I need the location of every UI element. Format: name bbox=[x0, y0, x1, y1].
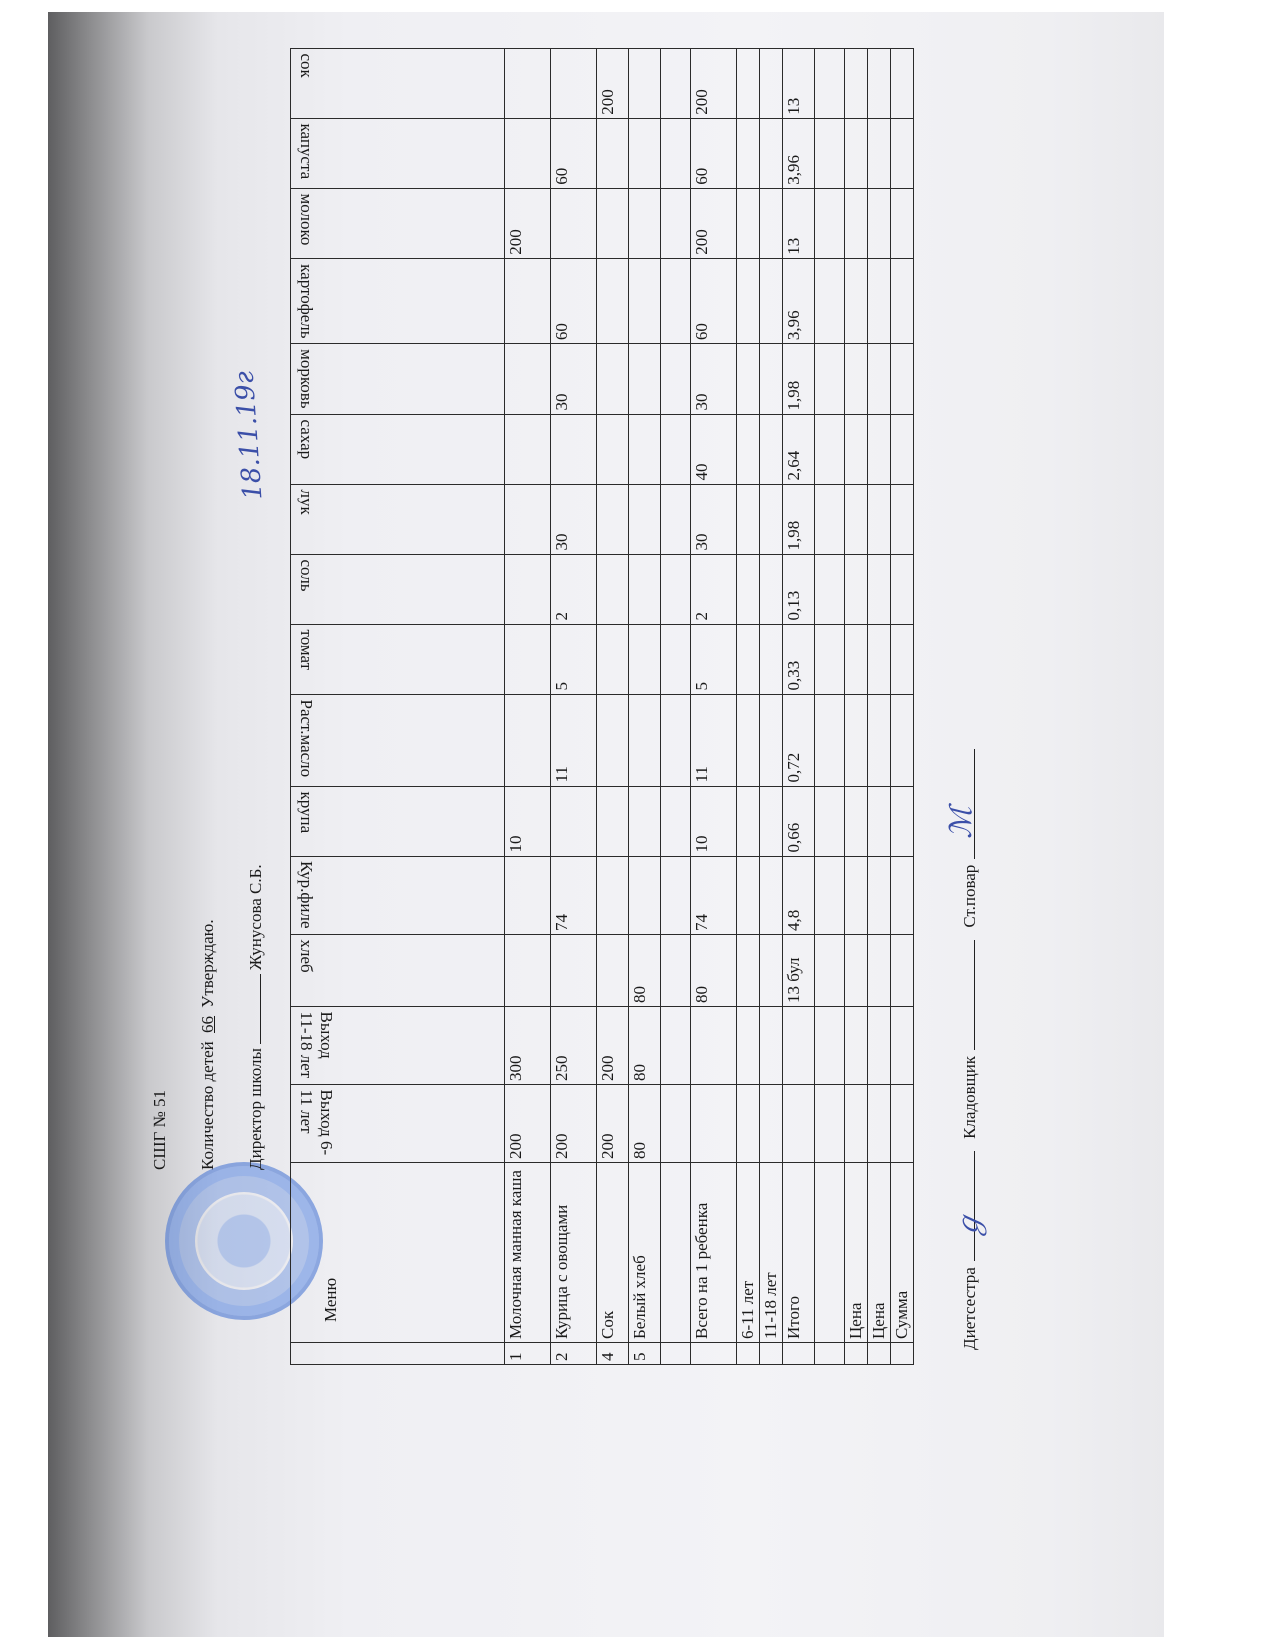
row-output-11-18 bbox=[760, 1007, 783, 1085]
row-number bbox=[760, 1343, 783, 1365]
row-ingredient-value bbox=[597, 344, 629, 414]
row-ingredient-value bbox=[629, 856, 661, 934]
row-ingredient-value bbox=[815, 344, 845, 414]
row-output-11-18 bbox=[845, 1007, 868, 1085]
row-ingredient-value bbox=[661, 258, 691, 343]
row-ingredient-value bbox=[868, 554, 891, 624]
row-number bbox=[661, 1343, 691, 1365]
row-ingredient-value bbox=[661, 856, 691, 934]
row-menu-item: Итого bbox=[783, 1163, 815, 1343]
row-output-11-18: 80 bbox=[629, 1007, 661, 1085]
row-ingredient-value: 2,64 bbox=[783, 414, 815, 484]
row-ingredient-value: 200 bbox=[505, 188, 551, 258]
row-ingredient-value bbox=[737, 856, 760, 934]
row-ingredient-value bbox=[505, 484, 551, 554]
row-ingredient-value bbox=[551, 935, 597, 1007]
row-output-6-11 bbox=[783, 1085, 815, 1163]
director-signature-line bbox=[260, 974, 261, 1044]
header-ingredient-label: крупа bbox=[292, 790, 320, 853]
row-ingredient-value bbox=[815, 554, 845, 624]
row-ingredient-value: 13 bbox=[783, 188, 815, 258]
header-ingredient-label: Раст.масло bbox=[292, 698, 320, 783]
row-output-11-18 bbox=[815, 1007, 845, 1085]
table-row: 4Сок200200200 bbox=[597, 48, 629, 1364]
row-ingredient-value bbox=[845, 48, 868, 118]
row-output-6-11: 80 bbox=[629, 1085, 661, 1163]
storekeeper-label: Кладовщик bbox=[960, 1056, 979, 1139]
row-ingredient-value bbox=[597, 414, 629, 484]
header-output-6-11: Выход 6-11 лет bbox=[291, 1085, 505, 1163]
row-ingredient-value bbox=[868, 48, 891, 118]
row-menu-item: 11-18 лет bbox=[760, 1163, 783, 1343]
row-ingredient-value bbox=[815, 484, 845, 554]
row-ingredient-value bbox=[845, 414, 868, 484]
header-ingredient: молоко bbox=[291, 188, 505, 258]
row-ingredient-value: 1,98 bbox=[783, 344, 815, 414]
row-number bbox=[783, 1343, 815, 1365]
row-ingredient-value bbox=[505, 258, 551, 343]
row-ingredient-value bbox=[760, 344, 783, 414]
row-ingredient-value bbox=[760, 188, 783, 258]
header-ingredient: соль bbox=[291, 554, 505, 624]
row-ingredient-value bbox=[551, 188, 597, 258]
row-output-6-11 bbox=[661, 1085, 691, 1163]
row-ingredient-value bbox=[891, 118, 914, 188]
row-ingredient-value bbox=[815, 694, 845, 786]
header-no bbox=[291, 1343, 505, 1365]
row-ingredient-value bbox=[629, 786, 661, 856]
table-row: 5Белый хлеб808080 bbox=[629, 48, 661, 1364]
row-ingredient-value bbox=[815, 188, 845, 258]
menu-table: Меню Выход 6-11 лет Выход 11-18 лет хлеб… bbox=[290, 48, 914, 1365]
row-output-6-11 bbox=[868, 1085, 891, 1163]
row-ingredient-value bbox=[505, 554, 551, 624]
row-ingredient-value bbox=[845, 484, 868, 554]
row-ingredient-value bbox=[629, 624, 661, 694]
row-ingredient-value bbox=[891, 786, 914, 856]
table-row: Цена bbox=[845, 48, 868, 1364]
row-menu-item: Сумма bbox=[891, 1163, 914, 1343]
row-ingredient-value bbox=[760, 414, 783, 484]
table-row: Итого13 бул4,80,660,720,330,131,982,641,… bbox=[783, 48, 815, 1364]
row-ingredient-value bbox=[868, 118, 891, 188]
row-ingredient-value bbox=[868, 484, 891, 554]
row-ingredient-value: 30 bbox=[551, 484, 597, 554]
row-ingredient-value bbox=[629, 188, 661, 258]
row-ingredient-value: 200 bbox=[597, 48, 629, 118]
row-ingredient-value bbox=[551, 48, 597, 118]
row-ingredient-value bbox=[597, 624, 629, 694]
row-output-11-18 bbox=[868, 1007, 891, 1085]
row-ingredient-value bbox=[505, 48, 551, 118]
row-ingredient-value bbox=[760, 484, 783, 554]
row-ingredient-value: 200 bbox=[691, 188, 737, 258]
row-ingredient-value: 60 bbox=[551, 118, 597, 188]
row-ingredient-value bbox=[815, 414, 845, 484]
row-ingredient-value: 11 bbox=[691, 694, 737, 786]
table-row bbox=[661, 48, 691, 1364]
row-ingredient-value bbox=[629, 344, 661, 414]
row-ingredient-value: 74 bbox=[551, 856, 597, 934]
row-ingredient-value bbox=[845, 624, 868, 694]
row-ingredient-value bbox=[661, 344, 691, 414]
row-ingredient-value bbox=[597, 484, 629, 554]
row-ingredient-value bbox=[760, 856, 783, 934]
header-ingredient: крупа bbox=[291, 786, 505, 856]
row-ingredient-value bbox=[845, 258, 868, 343]
header-ingredient: Раст.масло bbox=[291, 694, 505, 786]
row-output-6-11 bbox=[691, 1085, 737, 1163]
row-ingredient-value: 80 bbox=[629, 935, 661, 1007]
header-ingredient-label: сок bbox=[292, 52, 320, 115]
row-output-6-11: 200 bbox=[597, 1085, 629, 1163]
row-ingredient-value bbox=[760, 48, 783, 118]
row-ingredient-value bbox=[661, 624, 691, 694]
row-ingredient-value: 30 bbox=[691, 484, 737, 554]
row-ingredient-value bbox=[597, 118, 629, 188]
row-ingredient-value bbox=[868, 258, 891, 343]
header-ingredient-label: хлеб bbox=[292, 938, 320, 1003]
row-ingredient-value bbox=[737, 935, 760, 1007]
row-ingredient-value bbox=[868, 694, 891, 786]
row-ingredient-value bbox=[661, 188, 691, 258]
row-number bbox=[868, 1343, 891, 1365]
row-ingredient-value bbox=[629, 484, 661, 554]
row-ingredient-value bbox=[845, 118, 868, 188]
header-ingredient-label: соль bbox=[292, 558, 320, 621]
row-number bbox=[815, 1343, 845, 1365]
header-ingredient: хлеб bbox=[291, 935, 505, 1007]
row-ingredient-value bbox=[891, 856, 914, 934]
header-ingredient: лук bbox=[291, 484, 505, 554]
row-output-6-11 bbox=[737, 1085, 760, 1163]
row-ingredient-value bbox=[505, 624, 551, 694]
row-ingredient-value bbox=[815, 935, 845, 1007]
row-ingredient-value bbox=[661, 48, 691, 118]
row-ingredient-value bbox=[815, 118, 845, 188]
row-ingredient-value bbox=[891, 554, 914, 624]
table-header-row: Меню Выход 6-11 лет Выход 11-18 лет хлеб… bbox=[291, 48, 505, 1364]
storekeeper-signature-line bbox=[974, 940, 975, 1050]
row-ingredient-value bbox=[737, 258, 760, 343]
signatures: Диетсестраℊ Кладовщик Ст.поварℳ bbox=[960, 741, 980, 1350]
header-ingredient: Кур.филе bbox=[291, 856, 505, 934]
table-row: 1Молочная манная каша20030010200 bbox=[505, 48, 551, 1364]
row-ingredient-value: 2 bbox=[551, 554, 597, 624]
row-menu-item: Белый хлеб bbox=[629, 1163, 661, 1343]
row-ingredient-value bbox=[597, 694, 629, 786]
header-ingredient: сахар bbox=[291, 414, 505, 484]
row-menu-item: Цена bbox=[845, 1163, 868, 1343]
header-ingredient: сок bbox=[291, 48, 505, 118]
row-menu-item: Цена bbox=[868, 1163, 891, 1343]
row-ingredient-value bbox=[737, 48, 760, 118]
header-ingredient-label: сахар bbox=[292, 418, 320, 481]
row-ingredient-value bbox=[891, 484, 914, 554]
row-output-11-18 bbox=[891, 1007, 914, 1085]
row-ingredient-value bbox=[661, 554, 691, 624]
row-output-11-18: 300 bbox=[505, 1007, 551, 1085]
header-ingredient: томат bbox=[291, 624, 505, 694]
row-ingredient-value bbox=[597, 554, 629, 624]
row-ingredient-value bbox=[629, 414, 661, 484]
header-output-6-11-label: Выход 6-11 лет bbox=[292, 1088, 340, 1159]
row-menu-item: Сок bbox=[597, 1163, 629, 1343]
row-ingredient-value bbox=[868, 414, 891, 484]
row-ingredient-value bbox=[597, 856, 629, 934]
row-ingredient-value bbox=[551, 786, 597, 856]
header-ingredient-label: молоко bbox=[292, 192, 320, 255]
row-ingredient-value bbox=[737, 786, 760, 856]
row-ingredient-value bbox=[737, 118, 760, 188]
row-menu-item: Курица с овощами bbox=[551, 1163, 597, 1343]
row-ingredient-value bbox=[760, 935, 783, 1007]
row-output-11-18 bbox=[691, 1007, 737, 1085]
row-ingredient-value bbox=[629, 694, 661, 786]
table-row: Сумма bbox=[891, 48, 914, 1364]
handwritten-date: 18.11.19г bbox=[230, 370, 269, 501]
dietitian-label: Диетсестра bbox=[960, 1267, 979, 1350]
header-ingredient-label: капуста bbox=[292, 122, 320, 185]
row-output-11-18 bbox=[737, 1007, 760, 1085]
row-ingredient-value: 0,66 bbox=[783, 786, 815, 856]
row-ingredient-value bbox=[505, 118, 551, 188]
row-ingredient-value: 0,33 bbox=[783, 624, 815, 694]
row-ingredient-value bbox=[737, 554, 760, 624]
row-ingredient-value bbox=[760, 118, 783, 188]
row-menu-item: 6-11 лет bbox=[737, 1163, 760, 1343]
row-ingredient-value: 10 bbox=[505, 786, 551, 856]
row-output-6-11 bbox=[891, 1085, 914, 1163]
row-ingredient-value: 4,8 bbox=[783, 856, 815, 934]
row-ingredient-value: 5 bbox=[691, 624, 737, 694]
header-menu: Меню bbox=[291, 1163, 505, 1343]
approval-text: Утверждаю. bbox=[198, 919, 217, 1007]
dietitian-signature-line: ℊ bbox=[974, 1151, 975, 1261]
row-ingredient-value: 3,96 bbox=[783, 118, 815, 188]
row-number: 1 bbox=[505, 1343, 551, 1365]
row-ingredient-value bbox=[760, 554, 783, 624]
row-ingredient-value bbox=[505, 344, 551, 414]
row-ingredient-value bbox=[760, 624, 783, 694]
row-ingredient-value bbox=[551, 414, 597, 484]
row-ingredient-value bbox=[661, 484, 691, 554]
header-ingredient: морковь bbox=[291, 344, 505, 414]
director-label: Директор школы bbox=[246, 1048, 265, 1170]
table-row: Цена bbox=[868, 48, 891, 1364]
row-ingredient-value: 5 bbox=[551, 624, 597, 694]
row-ingredient-value bbox=[891, 935, 914, 1007]
row-ingredient-value bbox=[737, 344, 760, 414]
row-ingredient-value bbox=[845, 694, 868, 786]
row-ingredient-value bbox=[815, 856, 845, 934]
row-ingredient-value: 80 bbox=[691, 935, 737, 1007]
row-ingredient-value: 2 bbox=[691, 554, 737, 624]
row-ingredient-value bbox=[629, 48, 661, 118]
row-ingredient-value bbox=[760, 258, 783, 343]
row-ingredient-value bbox=[868, 624, 891, 694]
director-name: Жунусова С.Б. bbox=[246, 864, 265, 970]
row-output-6-11 bbox=[815, 1085, 845, 1163]
row-ingredient-value bbox=[505, 414, 551, 484]
row-ingredient-value: 30 bbox=[691, 344, 737, 414]
row-ingredient-value bbox=[815, 48, 845, 118]
row-output-6-11 bbox=[845, 1085, 868, 1163]
row-ingredient-value bbox=[661, 414, 691, 484]
row-ingredient-value bbox=[597, 258, 629, 343]
row-menu-item: Всего на 1 ребенка bbox=[691, 1163, 737, 1343]
row-ingredient-value bbox=[760, 786, 783, 856]
row-output-6-11: 200 bbox=[551, 1085, 597, 1163]
rotated-document: СШГ № 51 Количество детей 66 Утверждаю. … bbox=[0, 0, 1275, 1650]
row-ingredient-value bbox=[629, 258, 661, 343]
row-ingredient-value bbox=[760, 694, 783, 786]
header-ingredient-label: лук bbox=[292, 488, 320, 551]
row-menu-item: Молочная манная каша bbox=[505, 1163, 551, 1343]
head-cook-signature-icon: ℳ bbox=[944, 807, 979, 839]
table-row: Всего на 1 ребенка8074101152304030602006… bbox=[691, 48, 737, 1364]
row-number: 4 bbox=[597, 1343, 629, 1365]
header-ingredient-label: Кур.филе bbox=[292, 860, 320, 931]
row-number bbox=[737, 1343, 760, 1365]
header-ingredient: картофель bbox=[291, 258, 505, 343]
row-ingredient-value bbox=[815, 624, 845, 694]
row-ingredient-value: 30 bbox=[551, 344, 597, 414]
row-ingredient-value bbox=[891, 414, 914, 484]
row-ingredient-value: 74 bbox=[691, 856, 737, 934]
row-ingredient-value bbox=[868, 935, 891, 1007]
row-ingredient-value bbox=[737, 694, 760, 786]
school-title: СШГ № 51 bbox=[150, 1090, 170, 1170]
row-output-11-18: 250 bbox=[551, 1007, 597, 1085]
table-row: 11-18 лет bbox=[760, 48, 783, 1364]
row-ingredient-value: 40 bbox=[691, 414, 737, 484]
children-count-label: Количество детей bbox=[198, 1041, 217, 1170]
row-number bbox=[691, 1343, 737, 1365]
row-ingredient-value bbox=[737, 624, 760, 694]
header-ingredient-label: картофель bbox=[292, 262, 320, 340]
row-ingredient-value bbox=[868, 188, 891, 258]
table-row: 2Курица с овощами20025074115230306060 bbox=[551, 48, 597, 1364]
row-ingredient-value bbox=[629, 118, 661, 188]
row-ingredient-value bbox=[891, 624, 914, 694]
row-output-11-18 bbox=[661, 1007, 691, 1085]
row-ingredient-value bbox=[661, 694, 691, 786]
row-output-11-18: 200 bbox=[597, 1007, 629, 1085]
row-ingredient-value bbox=[845, 344, 868, 414]
header-output-11-18-label: Выход 11-18 лет bbox=[292, 1010, 340, 1081]
table-row bbox=[815, 48, 845, 1364]
row-ingredient-value: 1,98 bbox=[783, 484, 815, 554]
row-ingredient-value bbox=[868, 786, 891, 856]
row-number: 5 bbox=[629, 1343, 661, 1365]
director-line: Директор школыЖунусова С.Б. bbox=[246, 864, 266, 1170]
row-output-6-11 bbox=[760, 1085, 783, 1163]
row-ingredient-value bbox=[891, 258, 914, 343]
row-ingredient-value bbox=[868, 344, 891, 414]
row-ingredient-value bbox=[891, 48, 914, 118]
row-ingredient-value bbox=[505, 856, 551, 934]
row-ingredient-value: 11 bbox=[551, 694, 597, 786]
row-ingredient-value: 60 bbox=[551, 258, 597, 343]
row-ingredient-value bbox=[597, 786, 629, 856]
row-ingredient-value bbox=[845, 188, 868, 258]
row-ingredient-value: 0,72 bbox=[783, 694, 815, 786]
row-ingredient-value bbox=[845, 786, 868, 856]
row-ingredient-value bbox=[737, 484, 760, 554]
table-row: 6-11 лет bbox=[737, 48, 760, 1364]
row-ingredient-value: 13 bbox=[783, 48, 815, 118]
header-output-11-18: Выход 11-18 лет bbox=[291, 1007, 505, 1085]
row-ingredient-value bbox=[891, 344, 914, 414]
row-ingredient-value bbox=[661, 935, 691, 1007]
row-number bbox=[845, 1343, 868, 1365]
row-menu-item bbox=[661, 1163, 691, 1343]
row-number: 2 bbox=[551, 1343, 597, 1365]
row-ingredient-value bbox=[845, 554, 868, 624]
row-output-11-18 bbox=[783, 1007, 815, 1085]
row-ingredient-value: 10 bbox=[691, 786, 737, 856]
head-cook-label: Ст.повар bbox=[960, 865, 979, 928]
header-ingredient: капуста bbox=[291, 118, 505, 188]
row-ingredient-value bbox=[505, 935, 551, 1007]
row-ingredient-value bbox=[868, 856, 891, 934]
row-ingredient-value bbox=[597, 188, 629, 258]
row-number bbox=[891, 1343, 914, 1365]
row-ingredient-value: 60 bbox=[691, 118, 737, 188]
row-ingredient-value bbox=[505, 694, 551, 786]
row-output-6-11: 200 bbox=[505, 1085, 551, 1163]
row-ingredient-value bbox=[815, 258, 845, 343]
row-ingredient-value bbox=[661, 118, 691, 188]
row-ingredient-value: 200 bbox=[691, 48, 737, 118]
row-ingredient-value bbox=[629, 554, 661, 624]
row-ingredient-value bbox=[891, 188, 914, 258]
row-ingredient-value: 3,96 bbox=[783, 258, 815, 343]
row-ingredient-value bbox=[737, 414, 760, 484]
row-ingredient-value: 60 bbox=[691, 258, 737, 343]
row-ingredient-value bbox=[737, 188, 760, 258]
row-ingredient-value bbox=[845, 856, 868, 934]
row-ingredient-value bbox=[661, 786, 691, 856]
row-ingredient-value: 13 бул bbox=[783, 935, 815, 1007]
row-ingredient-value bbox=[891, 694, 914, 786]
children-count-line: Количество детей 66 Утверждаю. bbox=[198, 919, 218, 1170]
head-cook-signature-line: ℳ bbox=[974, 749, 975, 859]
row-ingredient-value bbox=[845, 935, 868, 1007]
row-ingredient-value bbox=[597, 935, 629, 1007]
header-ingredient-label: томат bbox=[292, 628, 320, 691]
dietitian-signature-icon: ℊ bbox=[944, 1211, 988, 1241]
children-count-value: 66 bbox=[198, 1012, 217, 1037]
row-ingredient-value: 0,13 bbox=[783, 554, 815, 624]
row-menu-item bbox=[815, 1163, 845, 1343]
row-ingredient-value bbox=[815, 786, 845, 856]
header-ingredient-label: морковь bbox=[292, 347, 320, 410]
